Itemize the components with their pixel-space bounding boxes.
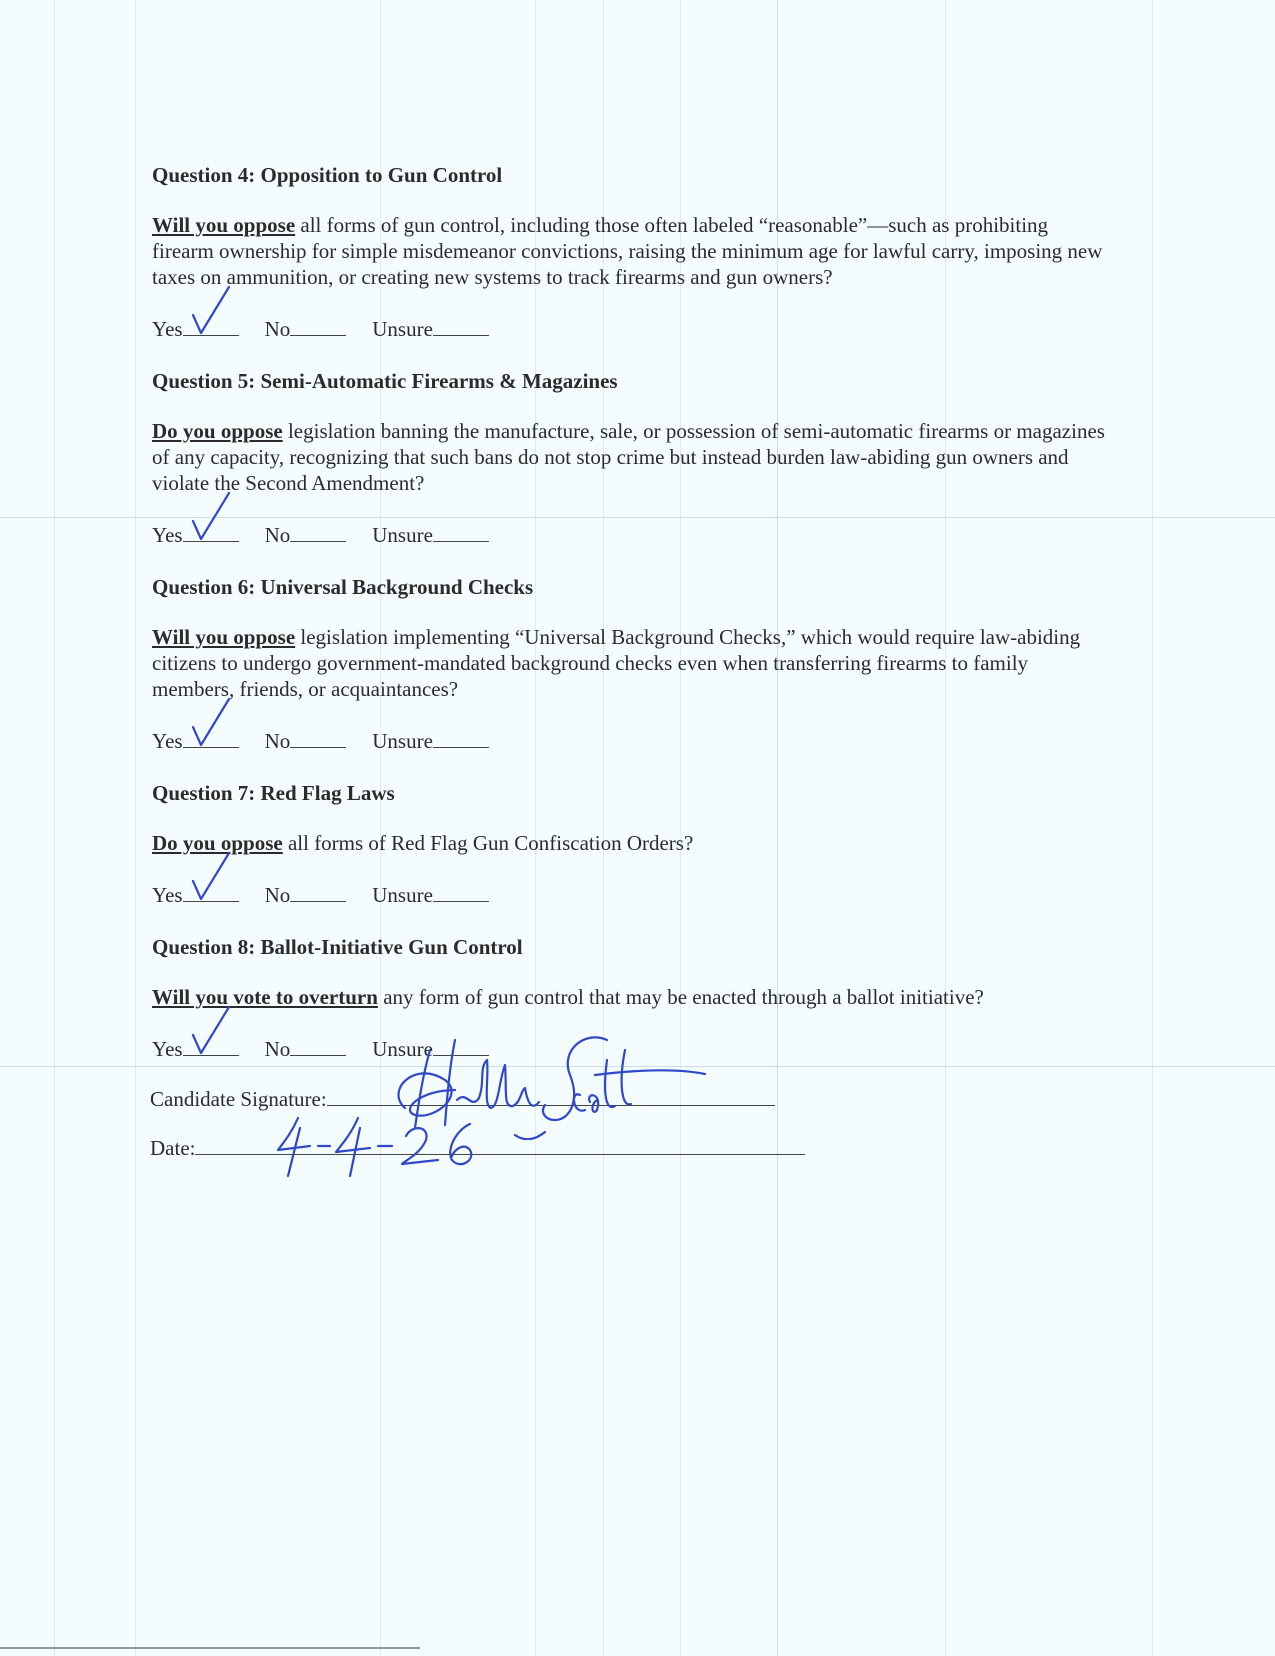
answer-row: YesNoUnsure [152, 316, 1112, 342]
checkmark-icon [189, 851, 233, 901]
answer-option-yes[interactable]: Yes [152, 728, 239, 754]
answer-blank[interactable] [433, 523, 489, 542]
answer-blank[interactable] [433, 729, 489, 748]
answer-label: Yes [152, 1037, 183, 1061]
question-6: Question 6: Universal Background Checks … [152, 574, 1112, 754]
answer-option-no[interactable]: No [265, 1036, 347, 1062]
page-edge [0, 1647, 420, 1649]
answer-option-yes[interactable]: Yes [152, 1036, 239, 1062]
answer-row: YesNoUnsure [152, 728, 1112, 754]
question-title: Question 6: Universal Background Checks [152, 574, 1112, 600]
answer-blank[interactable] [290, 1037, 346, 1056]
answer-label: Yes [152, 523, 183, 547]
date-label: Date: [150, 1136, 195, 1160]
answer-option-no[interactable]: No [265, 882, 347, 908]
checkmark-icon [189, 285, 233, 335]
answer-blank[interactable] [290, 317, 346, 336]
answer-option-unsure[interactable]: Unsure [372, 316, 489, 342]
answer-blank[interactable] [183, 729, 239, 748]
answer-label: No [265, 883, 291, 907]
question-title: Question 4: Opposition to Gun Control [152, 162, 1112, 188]
question-title: Question 7: Red Flag Laws [152, 780, 1112, 806]
question-lead: Will you oppose [152, 625, 295, 649]
question-lead: Will you vote to overturn [152, 985, 378, 1009]
answer-option-no[interactable]: No [265, 316, 347, 342]
question-text: Will you oppose legislation implementing… [152, 624, 1112, 702]
scan-streak [1152, 0, 1153, 1656]
scan-streak [54, 0, 55, 1656]
checkmark-icon [189, 491, 233, 541]
answer-blank[interactable] [433, 883, 489, 902]
question-body: legislation banning the manufacture, sal… [152, 419, 1105, 495]
answer-blank[interactable] [183, 523, 239, 542]
question-title: Question 5: Semi-Automatic Firearms & Ma… [152, 368, 1112, 394]
answer-blank[interactable] [290, 729, 346, 748]
answer-blank[interactable] [290, 523, 346, 542]
answer-blank[interactable] [183, 883, 239, 902]
answer-option-no[interactable]: No [265, 728, 347, 754]
answer-blank[interactable] [433, 317, 489, 336]
answer-label: No [265, 729, 291, 753]
question-lead: Will you oppose [152, 213, 295, 237]
answer-label: Yes [152, 317, 183, 341]
answer-label: No [265, 1037, 291, 1061]
answer-label: Unsure [372, 729, 433, 753]
question-5: Question 5: Semi-Automatic Firearms & Ma… [152, 368, 1112, 548]
answer-option-unsure[interactable]: Unsure [372, 728, 489, 754]
answer-option-unsure[interactable]: Unsure [372, 882, 489, 908]
answer-option-no[interactable]: No [265, 522, 347, 548]
answer-blank[interactable] [183, 1037, 239, 1056]
handwritten-date [270, 1110, 500, 1180]
answer-label: Unsure [372, 317, 433, 341]
question-4: Question 4: Opposition to Gun Control Wi… [152, 162, 1112, 342]
scan-streak [135, 0, 136, 1656]
answer-blank[interactable] [183, 317, 239, 336]
question-title: Question 8: Ballot-Initiative Gun Contro… [152, 934, 1112, 960]
checkmark-icon [189, 697, 233, 747]
question-lead: Do you oppose [152, 419, 283, 443]
answer-row: YesNoUnsure [152, 882, 1112, 908]
answer-label: Unsure [372, 883, 433, 907]
questionnaire: Question 4: Opposition to Gun Control Wi… [152, 162, 1112, 1062]
answer-label: Yes [152, 729, 183, 753]
answer-label: No [265, 523, 291, 547]
answer-option-yes[interactable]: Yes [152, 882, 239, 908]
question-7: Question 7: Red Flag Laws Do you oppose … [152, 780, 1112, 908]
answer-label: No [265, 317, 291, 341]
question-body: all forms of gun control, including thos… [152, 213, 1102, 289]
checkmark-icon [189, 1005, 233, 1055]
answer-option-yes[interactable]: Yes [152, 522, 239, 548]
question-text: Will you vote to overturn any form of gu… [152, 984, 1112, 1010]
answer-blank[interactable] [290, 883, 346, 902]
signature-label: Candidate Signature: [150, 1087, 327, 1111]
answer-option-unsure[interactable]: Unsure [372, 522, 489, 548]
question-text: Do you oppose legislation banning the ma… [152, 418, 1112, 496]
answer-row: YesNoUnsure [152, 522, 1112, 548]
answer-label: Unsure [372, 523, 433, 547]
question-body: all forms of Red Flag Gun Confiscation O… [283, 831, 694, 855]
question-lead: Do you oppose [152, 831, 283, 855]
question-text: Do you oppose all forms of Red Flag Gun … [152, 830, 1112, 856]
answer-label: Yes [152, 883, 183, 907]
answer-option-yes[interactable]: Yes [152, 316, 239, 342]
question-text: Will you oppose all forms of gun control… [152, 212, 1112, 290]
question-body: any form of gun control that may be enac… [378, 985, 984, 1009]
